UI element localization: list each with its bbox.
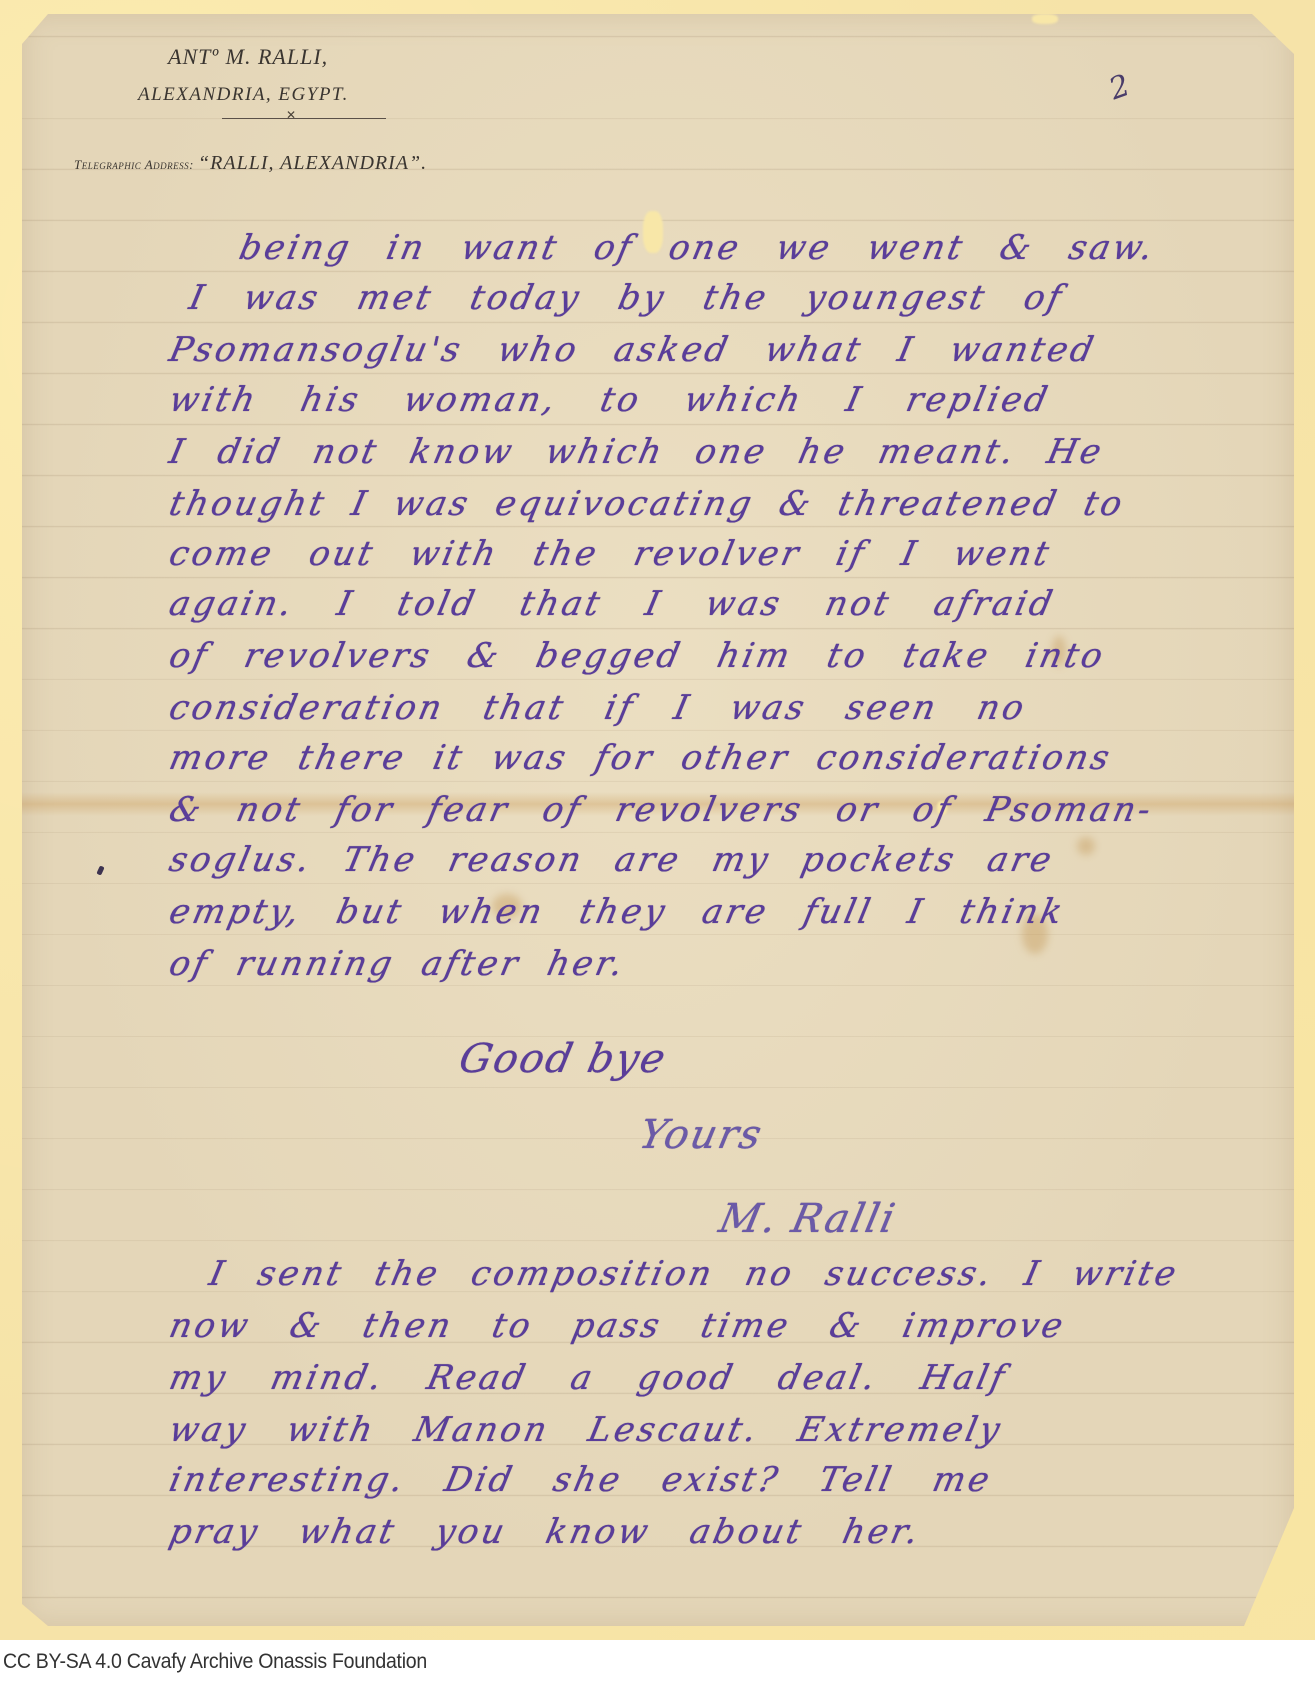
telegraphic-label: Telegraphic Address: bbox=[74, 157, 194, 172]
star-ornament-icon: ✕ bbox=[286, 108, 296, 122]
body-line: come out with the revolver if I went bbox=[166, 534, 1055, 574]
body-line: with his woman, to which I replied bbox=[166, 380, 1054, 420]
body-line: of revolvers & begged him to take into bbox=[166, 636, 1109, 676]
telegraphic-value: “RALLI, ALEXANDRIA”. bbox=[198, 152, 427, 174]
closing-yours: Yours bbox=[635, 1112, 767, 1158]
postscript-line: my mind. Read a good deal. Half bbox=[166, 1358, 1011, 1398]
postscript-line: way with Manon Lescaut. Extremely bbox=[166, 1410, 1007, 1450]
body-line: empty, but when they are full I think bbox=[166, 892, 1069, 932]
stain bbox=[1077, 837, 1095, 855]
body-line: Psomansoglu's who asked what I wanted bbox=[166, 330, 1100, 370]
letterhead-city: ALEXANDRIA, EGYPT. bbox=[138, 84, 349, 106]
body-line: again. I told that I was not afraid bbox=[166, 584, 1059, 624]
postscript-line: interesting. Did she exist? Tell me bbox=[166, 1460, 996, 1500]
telegraphic-address: Telegraphic Address: “RALLI, ALEXANDRIA”… bbox=[74, 152, 427, 175]
scan-background: ANTº M. RALLI, ALEXANDRIA, EGYPT. ✕ Tele… bbox=[0, 0, 1315, 1640]
body-line: more there it was for other consideratio… bbox=[166, 738, 1116, 778]
body-line: consideration that if I was seen no bbox=[166, 688, 1031, 728]
body-line: & not for fear of revolvers or of Psoman… bbox=[166, 790, 1157, 830]
body-line: being in want of one we went & saw. bbox=[236, 228, 1160, 268]
postscript-line: pray what you know about her. bbox=[166, 1512, 925, 1552]
paper-damage-spot bbox=[1032, 14, 1058, 24]
body-line: I was met today by the youngest of bbox=[186, 278, 1068, 318]
signature: M. Ralli bbox=[715, 1196, 900, 1242]
body-line: I did not know which one he meant. He bbox=[166, 432, 1108, 472]
body-line: soglus. The reason are my pockets are bbox=[166, 840, 1058, 880]
letterhead-name: ANTº M. RALLI, bbox=[168, 44, 328, 70]
copyright-credit: CC BY-SA 4.0 Cavafy Archive Onassis Foun… bbox=[3, 1650, 427, 1674]
postscript-line: now & then to pass time & improve bbox=[166, 1306, 1070, 1346]
body-line: of running after her. bbox=[166, 944, 630, 984]
letterhead-divider bbox=[222, 118, 386, 119]
postscript-line: I sent the composition no success. I wri… bbox=[206, 1254, 1183, 1294]
body-line: thought I was equivocating & threatened … bbox=[166, 484, 1129, 524]
closing-farewell: Good bye bbox=[455, 1036, 671, 1082]
